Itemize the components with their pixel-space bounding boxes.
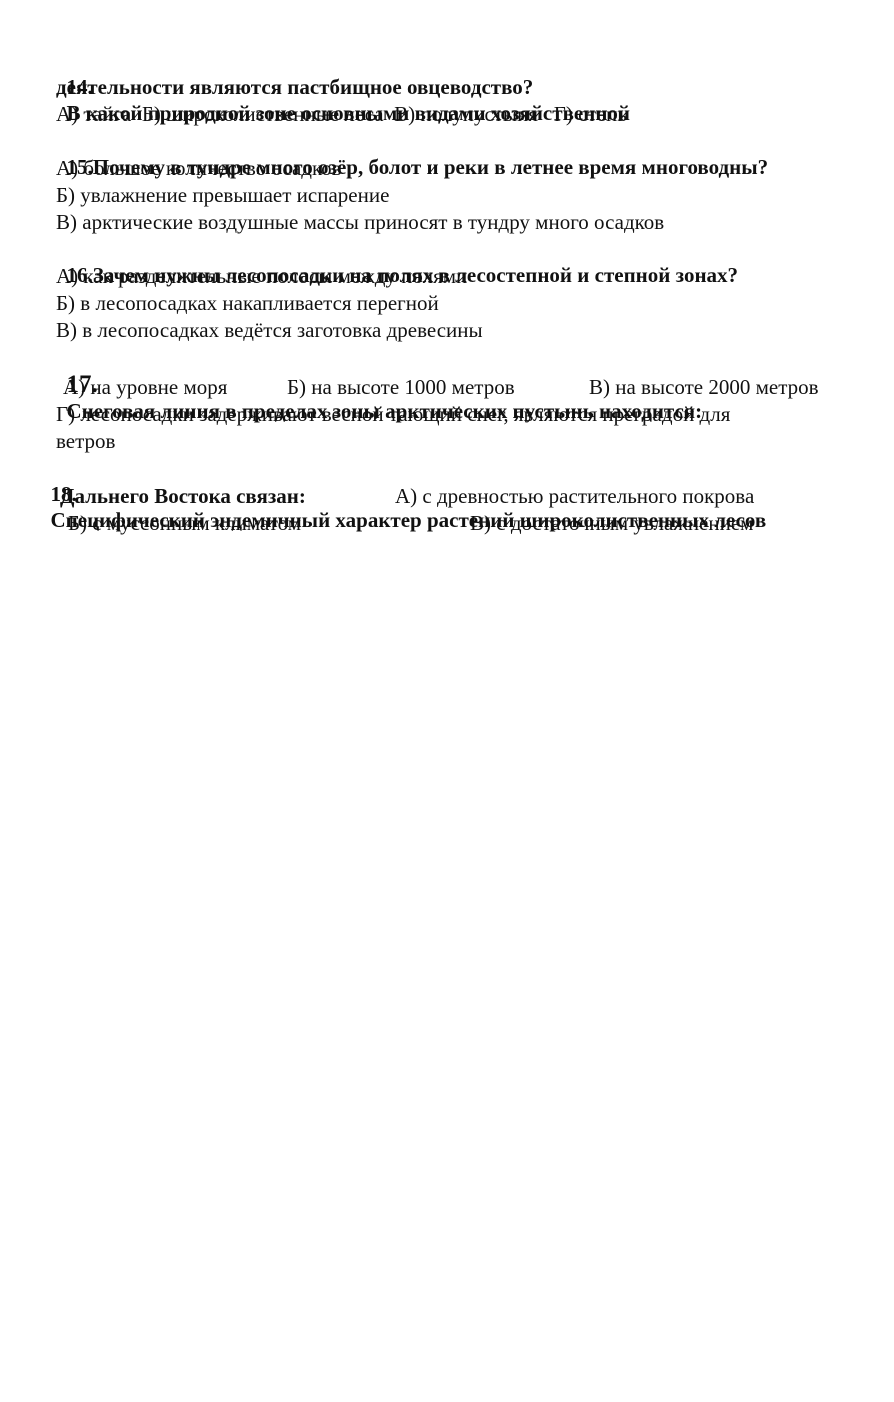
question-16-option-c: В) в лесопосадках ведётся заготовка древ… (56, 317, 483, 343)
question-18-option-a: А) с древностью растительного покрова (395, 483, 754, 509)
question-16-option-a: А) как разделительные полосы между полям… (56, 263, 467, 289)
question-17-extra-line1: Г) лесопосадки задерживают весной тающий… (56, 401, 730, 427)
question-18-option-b: Б) с муссонным климатом (68, 510, 301, 536)
question-18-option-c: В) с достаточным увлажнением (470, 510, 753, 536)
question-15-option-a: А) большое количество осадков (56, 155, 342, 181)
question-17-option-b: Б) на высоте 1000 метров (287, 374, 515, 400)
question-15-option-b: Б) увлажнение превышает испарение (56, 182, 389, 208)
question-16-option-b: Б) в лесопосадках накапливается перегной (56, 290, 439, 316)
question-14-text-line2: деятельности являются пастбищное овцевод… (56, 74, 533, 100)
question-15-option-c: В) арктические воздушные массы приносят … (56, 209, 664, 235)
question-17-extra-line2: ветров (56, 428, 115, 454)
question-14-options: А) тайга Б) широколиственные леса В) пол… (56, 101, 627, 127)
question-17-option-c: В) на высоте 2000 метров (589, 374, 819, 400)
question-17-option-a: А) на уровне моря (63, 374, 227, 400)
question-18-text-line2: Дальнего Востока связан: (60, 483, 306, 509)
